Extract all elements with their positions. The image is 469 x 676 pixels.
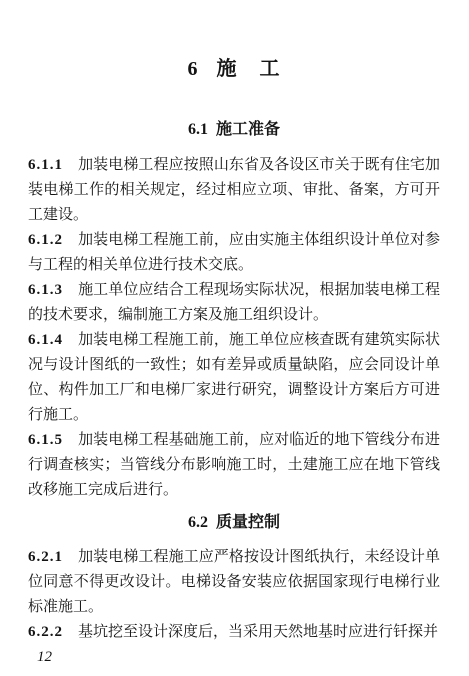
section-title: 质量控制 [216,514,280,531]
section-number: 6.2 [188,514,208,531]
page-title: 6施 工 [28,0,440,81]
section-heading-6-2: 6.2 质量控制 [28,512,440,534]
section-title: 施工准备 [216,121,280,138]
clause-6-1-4: 6.1.4加装电梯工程施工前，施工单位应核查既有建筑实际状况与设计图纸的一致性；… [28,328,440,428]
chapter-title: 施 工 [217,58,281,80]
clause-6-1-5: 6.1.5加装电梯工程基础施工前，应对临近的地下管线分布进行调查核实；当管线分布… [28,428,440,503]
clause-number: 6.1.4 [28,332,63,348]
clause-text: 加装电梯工程应按照山东省及各设区市关于既有住宅加装电梯工作的相关规定，经过相应立… [28,157,440,223]
section-6-1-clauses: 6.1.1加装电梯工程应按照山东省及各设区市关于既有住宅加装电梯工作的相关规定，… [28,153,440,503]
clause-text: 施工单位应结合工程现场实际状况，根据加装电梯工程的技术要求，编制施工方案及施工组… [28,282,440,323]
clause-text: 基坑挖至设计深度后，当采用天然地基时应进行钎探并 [78,624,438,640]
section-heading-6-1: 6.1 施工准备 [28,119,440,141]
clause-text: 加装电梯工程基础施工前，应对临近的地下管线分布进行调查核实；当管线分布影响施工时… [28,432,440,498]
clause-number: 6.1.2 [28,232,63,248]
section-number: 6.1 [188,121,208,138]
clause-text: 加装电梯工程施工前，施工单位应核查既有建筑实际状况与设计图纸的一致性；如有差异或… [28,332,440,423]
clause-6-2-2: 6.2.2基坑挖至设计深度后，当采用天然地基时应进行钎探并 [28,620,440,645]
clause-6-2-1: 6.2.1加装电梯工程施工应严格按设计图纸执行，未经设计单位同意不得更改设计。电… [28,545,440,620]
clause-number: 6.1.5 [28,432,63,448]
clause-6-1-1: 6.1.1加装电梯工程应按照山东省及各设区市关于既有住宅加装电梯工作的相关规定，… [28,153,440,228]
clause-text: 加装电梯工程施工前，应由实施主体组织设计单位对参与工程的相关单位进行技术交底。 [28,232,440,273]
page-number: 12 [37,647,440,667]
clause-number: 6.2.1 [28,549,63,565]
clause-number: 6.1.1 [28,157,63,173]
clause-number: 6.2.2 [28,624,63,640]
clause-number: 6.1.3 [28,282,63,298]
document-page: 6施 工 6.1 施工准备 6.1.1加装电梯工程应按照山东省及各设区市关于既有… [0,0,469,676]
clause-6-1-2: 6.1.2加装电梯工程施工前，应由实施主体组织设计单位对参与工程的相关单位进行技… [28,228,440,278]
clause-6-1-3: 6.1.3施工单位应结合工程现场实际状况，根据加装电梯工程的技术要求，编制施工方… [28,278,440,328]
section-6-2-clauses: 6.2.1加装电梯工程施工应严格按设计图纸执行，未经设计单位同意不得更改设计。电… [28,545,440,645]
chapter-number: 6 [188,58,199,80]
clause-text: 加装电梯工程施工应严格按设计图纸执行，未经设计单位同意不得更改设计。电梯设备安装… [28,549,440,615]
